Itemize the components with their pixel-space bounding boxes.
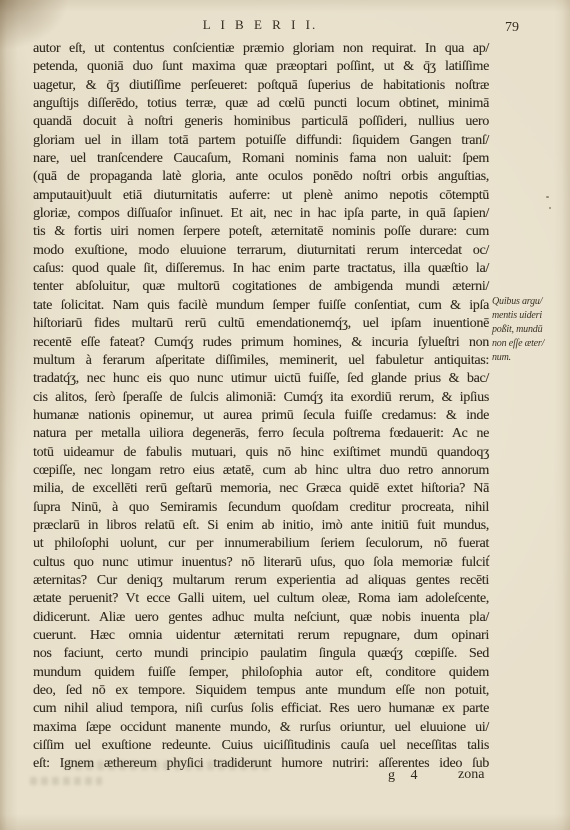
- text-line: cum nihil aliud tempora, niſi curſus ſol…: [33, 700, 489, 718]
- text-line: tradatq́ʒ, nec hunc eis quo nunc utimur …: [33, 370, 489, 388]
- text-line: multum à ferarum aſperitate diſſimiles, …: [33, 352, 489, 370]
- text-line: quandā docuit à noſtri generis hominibus…: [33, 113, 489, 131]
- text-line: caſus: quod quale ſit, diſſeremus. In ha…: [33, 260, 489, 278]
- text-line: ſupra Ninū, à quo Semiramis ſecundum quo…: [33, 499, 489, 517]
- text-line: nare, uel tranſcendere Caucaſum, Romani …: [33, 150, 489, 168]
- signature-mark: g 4: [388, 768, 418, 784]
- text-line: natura per metalla uiliora degenerās, fe…: [33, 425, 489, 443]
- text-line: amputauit)uult etiā diuturnitatis auferr…: [33, 187, 489, 205]
- text-line: ætate peruenit? Vt ecce Galli uitem, uel…: [33, 590, 489, 608]
- text-line: cultus quo nunc utimur inuentus? nō lite…: [33, 554, 489, 572]
- margin-note-line: Quibus argu/: [492, 295, 568, 309]
- ink-speck: [549, 207, 551, 209]
- text-line: gloriæ, compos diſſuaſor inſinuet. Et ai…: [33, 205, 489, 223]
- text-line: cis alitos, ſerò ſperaſſe de ſulcis alim…: [33, 389, 489, 407]
- text-line: tate ſolicitat. Nam quis facilè mundum ſ…: [33, 297, 489, 315]
- page-number: 79: [505, 20, 519, 36]
- margin-note-line: num.: [492, 351, 568, 365]
- text-line: modo exuſtione, modo eluuione terrarum, …: [33, 242, 489, 260]
- text-line: ut philoſophi uolunt, cur per innumerabi…: [33, 535, 489, 553]
- margin-note-line: mentis uideri: [492, 309, 568, 323]
- text-line: gloriam uel in illam totā partem potuiſſ…: [33, 132, 489, 150]
- show-through-mark: [64, 761, 269, 770]
- text-line: cœpiſſe, nec longam retro eius ætatē, cu…: [33, 462, 489, 480]
- text-line: ciſſim uel exuſtione redeunte. Cuius uic…: [33, 737, 489, 755]
- margin-note-line: poßit, mundū: [492, 323, 568, 337]
- catchword: zona: [458, 767, 484, 783]
- text-line: anguſtijs diſſerēdo, totius terræ, quæ a…: [33, 95, 489, 113]
- main-text-block: autor eſt, ut contentus conſcientiæ præm…: [33, 40, 489, 774]
- running-title: L I B E R I I.: [33, 17, 487, 33]
- text-line: petenda, quoniā duo ſunt maxima quæ præo…: [33, 58, 489, 76]
- text-line: uagetur, & q̄ʒ diutiſſime perſeueret: po…: [33, 77, 489, 95]
- text-line: nos faciunt, certo mundi principio paula…: [33, 645, 489, 663]
- text-line: (quā de propaganda latè gloria, ante ocu…: [33, 168, 489, 186]
- ink-speck: [546, 196, 549, 198]
- text-line: cuerunt. Hæc omnia uidentur æternitati r…: [33, 627, 489, 645]
- margin-note-line: non eſſe æter/: [492, 337, 568, 351]
- text-line: mundum quidem fuiſſe ſemper, philoſophia…: [33, 664, 489, 682]
- book-page: L I B E R I I. 79 autor eſt, ut contentu…: [0, 0, 570, 830]
- text-line: recentē eſſe fateat? Cumq́ʒ rudes primum…: [33, 334, 489, 352]
- text-line: humanæ nationis opinemur, ut aurea primū…: [33, 407, 489, 425]
- margin-note: Quibus argu/mentis uideripoßit, mundūnon…: [492, 295, 568, 365]
- text-line: milia, de excellēti rerū geſtarū memoria…: [33, 480, 489, 498]
- text-line: autor eſt, ut contentus conſcientiæ præm…: [33, 40, 489, 58]
- text-line: didicerunt. Aliæ uero gentes adhuc multa…: [33, 609, 489, 627]
- text-line: præclarū in libros relatū eſt. Si enim a…: [33, 517, 489, 535]
- text-line: maxima ſæpe occidunt manente mundo, & ru…: [33, 719, 489, 737]
- text-line: tenter abſoluitur, quæ multorū cogitatio…: [33, 278, 489, 296]
- text-line: tis & fortis uiri nomen ſerpere poteſt, …: [33, 223, 489, 241]
- show-through-mark: [30, 777, 102, 785]
- text-line: hiſtoriarū fides multarū rerū cultū emen…: [33, 315, 489, 333]
- text-line: deo, ſed nō ex tempore. Siquidem tempus …: [33, 682, 489, 700]
- text-line: totū uideamur de fabulis mutuari, quis n…: [33, 444, 489, 462]
- text-line: æternitas? Cur deniqʒ multarum rerum exp…: [33, 572, 489, 590]
